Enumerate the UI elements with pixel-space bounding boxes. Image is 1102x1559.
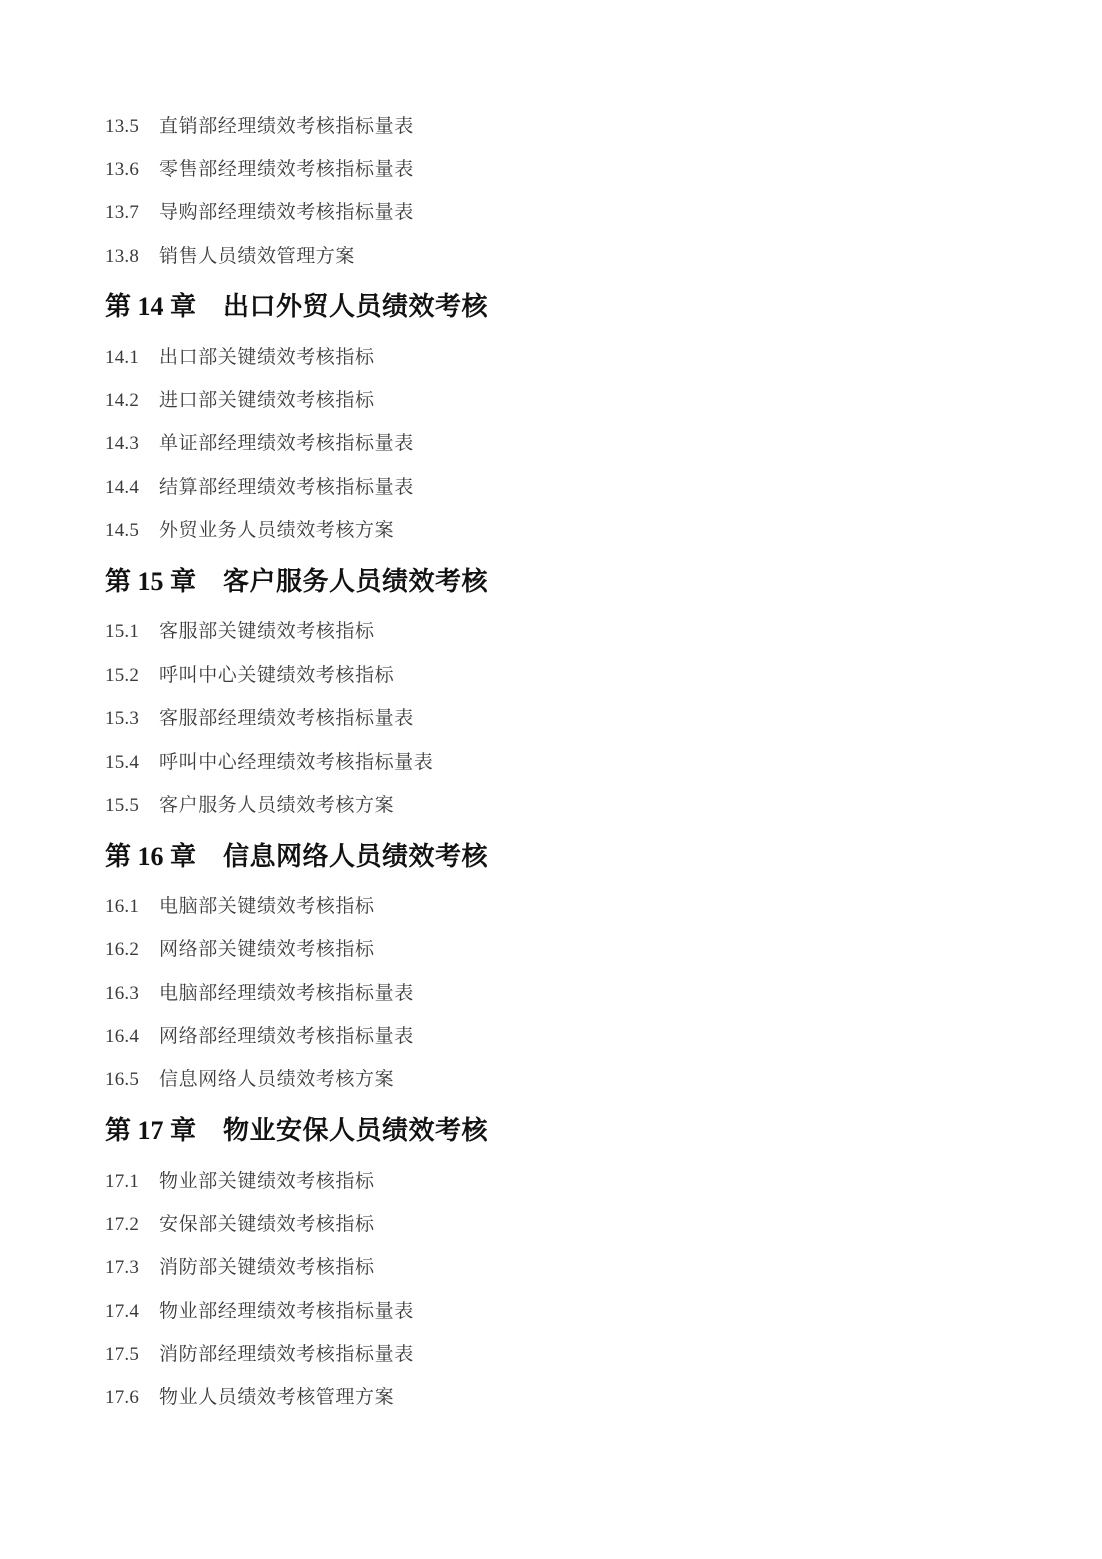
item-number: 17.3 xyxy=(105,1253,159,1283)
item-number: 13.8 xyxy=(105,242,159,272)
item-number: 15.4 xyxy=(105,748,159,778)
toc-item[interactable]: 13.7导购部经理绩效考核指标量表 xyxy=(105,198,414,228)
toc-item[interactable]: 16.4网络部经理绩效考核指标量表 xyxy=(105,1022,414,1052)
item-title: 零售部经理绩效考核指标量表 xyxy=(159,159,414,180)
toc-item[interactable]: 13.8销售人员绩效管理方案 xyxy=(105,242,355,272)
chapter-heading[interactable]: 第 15 章客户服务人员绩效考核 xyxy=(105,564,488,600)
toc-item[interactable]: 13.5直销部经理绩效考核指标量表 xyxy=(105,112,414,142)
toc-item[interactable]: 15.5客户服务人员绩效考核方案 xyxy=(105,791,394,821)
item-number: 17.1 xyxy=(105,1167,159,1197)
chapter-title: 信息网络人员绩效考核 xyxy=(223,842,488,871)
item-number: 16.4 xyxy=(105,1022,159,1052)
item-number: 15.2 xyxy=(105,661,159,691)
item-title: 客户服务人员绩效考核方案 xyxy=(159,795,394,816)
item-number: 13.6 xyxy=(105,155,159,185)
toc-item[interactable]: 17.1物业部关键绩效考核指标 xyxy=(105,1167,375,1197)
item-number: 17.6 xyxy=(105,1383,159,1413)
toc-item[interactable]: 15.3客服部经理绩效考核指标量表 xyxy=(105,704,414,734)
item-number: 15.5 xyxy=(105,791,159,821)
toc-item[interactable]: 14.3单证部经理绩效考核指标量表 xyxy=(105,429,414,459)
item-number: 15.1 xyxy=(105,617,159,647)
toc-page: 13.5直销部经理绩效考核指标量表 13.6零售部经理绩效考核指标量表 13.7… xyxy=(0,0,1102,1559)
toc-item[interactable]: 17.6物业人员绩效考核管理方案 xyxy=(105,1383,394,1413)
item-number: 14.2 xyxy=(105,386,159,416)
item-number: 14.3 xyxy=(105,429,159,459)
item-number: 17.4 xyxy=(105,1297,159,1327)
item-title: 外贸业务人员绩效考核方案 xyxy=(159,520,394,541)
item-number: 16.1 xyxy=(105,892,159,922)
item-title: 客服部经理绩效考核指标量表 xyxy=(159,708,414,729)
item-title: 消防部关键绩效考核指标 xyxy=(159,1257,375,1278)
toc-item[interactable]: 15.4呼叫中心经理绩效考核指标量表 xyxy=(105,748,433,778)
item-number: 16.5 xyxy=(105,1065,159,1095)
item-title: 进口部关键绩效考核指标 xyxy=(159,390,375,411)
toc-item[interactable]: 15.2呼叫中心关键绩效考核指标 xyxy=(105,661,394,691)
toc-item[interactable]: 17.3消防部关键绩效考核指标 xyxy=(105,1253,375,1283)
item-title: 网络部关键绩效考核指标 xyxy=(159,939,375,960)
item-title: 呼叫中心关键绩效考核指标 xyxy=(159,665,394,686)
item-number: 17.5 xyxy=(105,1340,159,1370)
item-title: 电脑部经理绩效考核指标量表 xyxy=(159,983,414,1004)
item-title: 网络部经理绩效考核指标量表 xyxy=(159,1026,414,1047)
item-number: 14.1 xyxy=(105,343,159,373)
item-title: 呼叫中心经理绩效考核指标量表 xyxy=(159,752,433,773)
toc-item[interactable]: 15.1客服部关键绩效考核指标 xyxy=(105,617,375,647)
item-title: 安保部关键绩效考核指标 xyxy=(159,1214,375,1235)
item-title: 销售人员绩效管理方案 xyxy=(159,246,355,267)
item-number: 14.5 xyxy=(105,516,159,546)
toc-item[interactable]: 17.4物业部经理绩效考核指标量表 xyxy=(105,1297,414,1327)
toc-item[interactable]: 17.2安保部关键绩效考核指标 xyxy=(105,1210,375,1240)
item-title: 物业部经理绩效考核指标量表 xyxy=(159,1301,414,1322)
item-number: 13.5 xyxy=(105,112,159,142)
item-title: 电脑部关键绩效考核指标 xyxy=(159,896,375,917)
toc-item[interactable]: 16.5信息网络人员绩效考核方案 xyxy=(105,1065,394,1095)
item-number: 17.2 xyxy=(105,1210,159,1240)
chapter-title: 客户服务人员绩效考核 xyxy=(223,567,488,596)
item-title: 导购部经理绩效考核指标量表 xyxy=(159,202,414,223)
item-title: 直销部经理绩效考核指标量表 xyxy=(159,116,414,137)
chapter-heading[interactable]: 第 14 章出口外贸人员绩效考核 xyxy=(105,289,488,325)
chapter-number: 第 17 章 xyxy=(105,1113,223,1149)
toc-item[interactable]: 14.5外贸业务人员绩效考核方案 xyxy=(105,516,394,546)
item-number: 15.3 xyxy=(105,704,159,734)
chapter-heading[interactable]: 第 17 章物业安保人员绩效考核 xyxy=(105,1113,488,1149)
chapter-number: 第 15 章 xyxy=(105,564,223,600)
toc-item[interactable]: 14.2进口部关键绩效考核指标 xyxy=(105,386,375,416)
toc-item[interactable]: 14.1出口部关键绩效考核指标 xyxy=(105,343,375,373)
item-title: 消防部经理绩效考核指标量表 xyxy=(159,1344,414,1365)
toc-item[interactable]: 16.1电脑部关键绩效考核指标 xyxy=(105,892,375,922)
item-title: 物业人员绩效考核管理方案 xyxy=(159,1387,394,1408)
item-title: 信息网络人员绩效考核方案 xyxy=(159,1069,394,1090)
item-number: 16.2 xyxy=(105,935,159,965)
toc-item[interactable]: 17.5消防部经理绩效考核指标量表 xyxy=(105,1340,414,1370)
chapter-number: 第 16 章 xyxy=(105,839,223,875)
item-number: 16.3 xyxy=(105,979,159,1009)
item-number: 14.4 xyxy=(105,473,159,503)
toc-item[interactable]: 14.4结算部经理绩效考核指标量表 xyxy=(105,473,414,503)
toc-item[interactable]: 16.2网络部关键绩效考核指标 xyxy=(105,935,375,965)
item-title: 出口部关键绩效考核指标 xyxy=(159,347,375,368)
chapter-heading[interactable]: 第 16 章信息网络人员绩效考核 xyxy=(105,839,488,875)
item-title: 物业部关键绩效考核指标 xyxy=(159,1171,375,1192)
item-title: 客服部关键绩效考核指标 xyxy=(159,621,375,642)
toc-item[interactable]: 13.6零售部经理绩效考核指标量表 xyxy=(105,155,414,185)
chapter-title: 物业安保人员绩效考核 xyxy=(223,1116,488,1145)
item-title: 结算部经理绩效考核指标量表 xyxy=(159,477,414,498)
item-title: 单证部经理绩效考核指标量表 xyxy=(159,433,414,454)
chapter-number: 第 14 章 xyxy=(105,289,223,325)
chapter-title: 出口外贸人员绩效考核 xyxy=(223,292,488,321)
item-number: 13.7 xyxy=(105,198,159,228)
toc-item[interactable]: 16.3电脑部经理绩效考核指标量表 xyxy=(105,979,414,1009)
